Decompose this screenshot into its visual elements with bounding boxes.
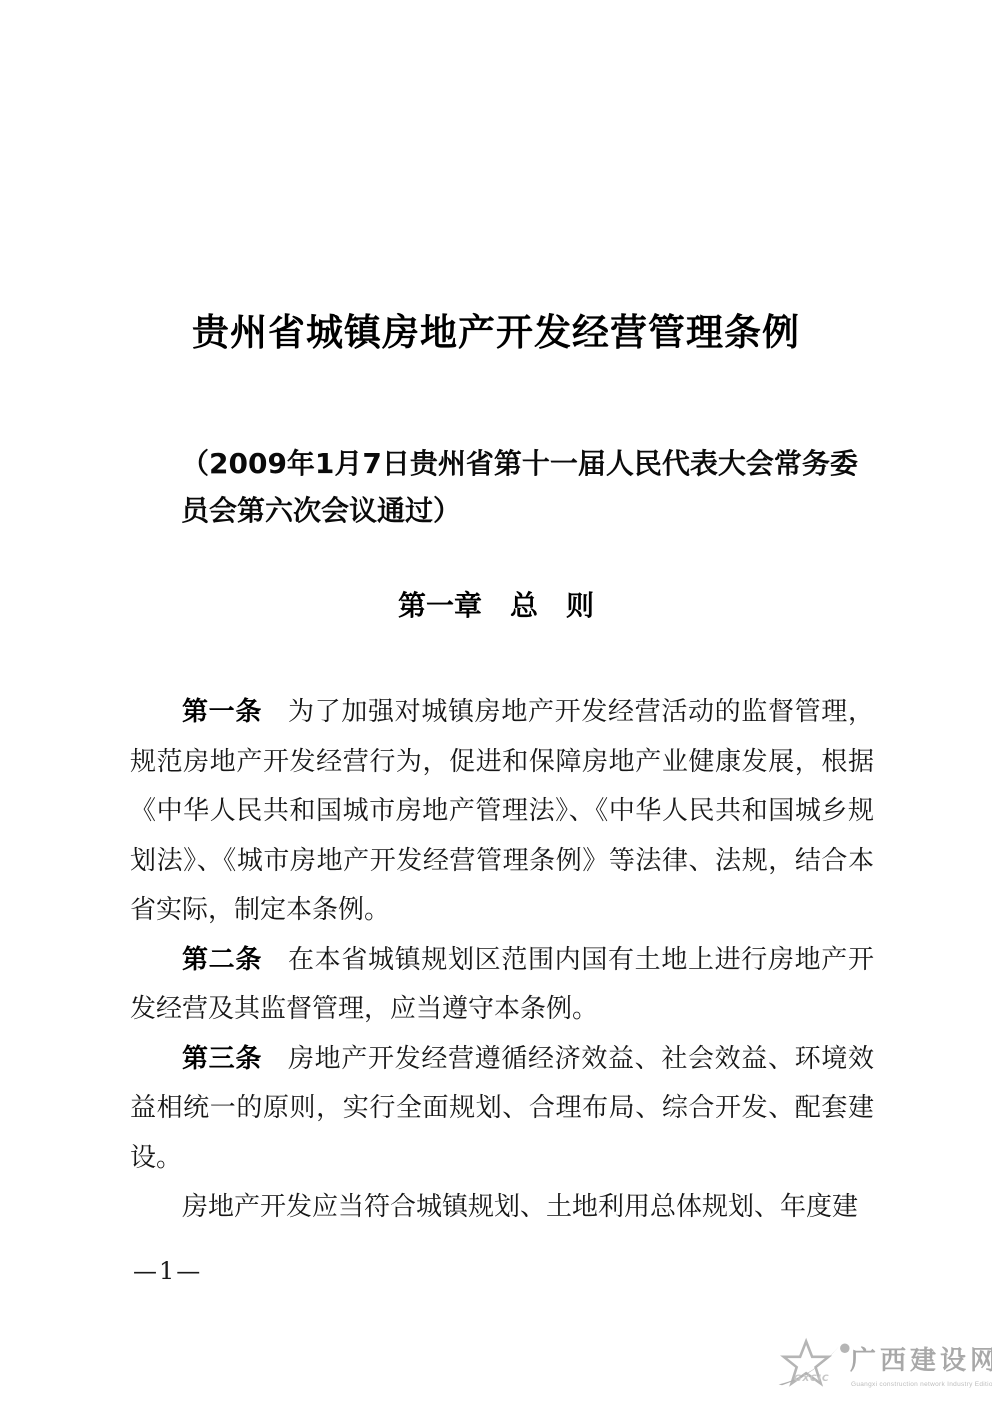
- article-3-label: 第三条: [182, 1044, 262, 1074]
- enactment-note: （2009年1月7日贵州省第十一届人民代表大会常务委 员会第六次会议通过）: [181, 440, 881, 534]
- continuation-paragraph-text: 房地产开发应当符合城镇规划、土地利用总体规划、年度建: [182, 1192, 858, 1222]
- article-1-text: 为了加强对城镇房地产开发经营活动的监督管理，规范房地产开发经营行为，促进和保障房…: [130, 697, 874, 925]
- watermark-site-tagline: Guangxi construction network Industry Ed…: [851, 1381, 992, 1388]
- article-2-label: 第二条: [182, 945, 262, 975]
- star-logo-caption: GXCIC: [794, 1374, 830, 1384]
- watermark-site-name: 广西建设网: [850, 1346, 992, 1376]
- chapter-heading: 第一章 总 则: [0, 588, 992, 624]
- article-body: 第一条为了加强对城镇房地产开发经营活动的监督管理，规范房地产开发经营行为，促进和…: [130, 688, 874, 1233]
- document-title: 贵州省城镇房地产开发经营管理条例: [0, 306, 992, 360]
- article-1: 第一条为了加强对城镇房地产开发经营活动的监督管理，规范房地产开发经营行为，促进和…: [130, 688, 874, 936]
- watermark-logo: GXCIC 广西建设网 Guangxi construction network…: [770, 1334, 985, 1396]
- page-number: —1—: [133, 1256, 202, 1286]
- article-1-label: 第一条: [182, 697, 262, 727]
- article-3: 第三条房地产开发经营遵循经济效益、社会效益、环境效益相统一的原则，实行全面规划、…: [130, 1035, 874, 1184]
- enactment-note-line-1: （2009年1月7日贵州省第十一届人民代表大会常务委: [181, 440, 881, 487]
- article-2: 第二条在本省城镇规划区范围内国有土地上进行房地产开发经营及其监督管理，应当遵守本…: [130, 936, 874, 1035]
- document-page: 贵州省城镇房地产开发经营管理条例 （2009年1月7日贵州省第十一届人民代表大会…: [0, 0, 992, 1403]
- enactment-note-line-2: 员会第六次会议通过）: [181, 487, 881, 534]
- continuation-paragraph: 房地产开发应当符合城镇规划、土地利用总体规划、年度建: [130, 1183, 874, 1233]
